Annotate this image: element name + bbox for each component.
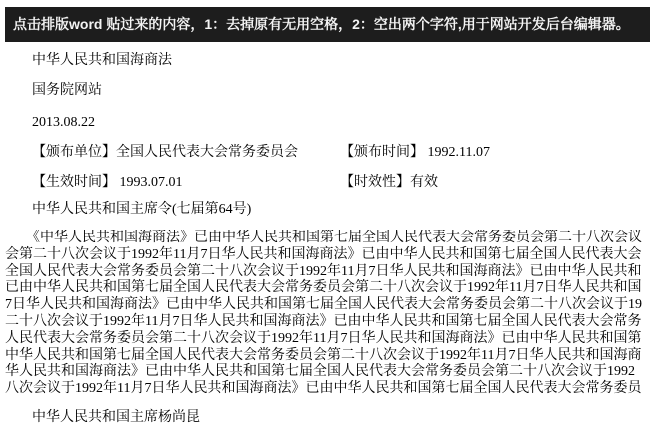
body-paragraph: 《中华人民共和国海商法》已由中华人民共和国第七届全国人民代表大会常务委员会第二十…	[5, 230, 650, 400]
body-line: 《中华人民共和国海商法》已由中华人民共和国第七届全国人民代表大会常务委员会第二十…	[5, 230, 650, 247]
promulgation-date-value: 1992.11.07	[424, 145, 490, 160]
effective-date-value: 1993.07.01	[116, 175, 183, 190]
effective-date-label: 【生效时间】	[32, 175, 116, 190]
meta-effective-date: 【生效时间】 1993.07.01	[32, 175, 183, 190]
decree-title: 中华人民共和国主席令(七届第64号)	[32, 202, 251, 217]
format-word-paste-button[interactable]: 点击排版word 贴过来的内容，1：去掉原有无用空格，2：空出两个字符,用于网站…	[5, 7, 650, 42]
body-line: 八次会议于1992年11月7日华人民共和国海商法》已由中华人民共和国第七届全国人…	[5, 381, 650, 398]
meta-validity-status: 【时效性】有效	[340, 175, 438, 190]
document-title: 中华人民共和国海商法	[32, 53, 172, 68]
document-source: 国务院网站	[32, 83, 102, 98]
body-line: 7日华人民共和国海商法》已由中华人民共和国第七届全国人民代表大会常务委员会第二十…	[5, 297, 650, 314]
meta-promulgation-date: 【颁布时间】 1992.11.07	[340, 145, 490, 160]
issuing-authority-label: 【颁布单位】	[32, 145, 116, 160]
body-line: 会第二十八次会议于1992年11月7日华人民共和国海商法》已由中华人民共和国第七…	[5, 247, 650, 264]
validity-status-label: 【时效性】	[340, 175, 410, 190]
body-line: 二十八次会议于1992年11月7日华人民共和国海商法》已由中华人民共和国第七届全…	[5, 314, 650, 331]
signature-line: 中华人民共和国主席杨尚昆	[32, 410, 200, 425]
body-line: 已由中华人民共和国第七届全国人民代表大会常务委员会第二十八次会议于1992年11…	[5, 280, 650, 297]
meta-issuing-authority: 【颁布单位】全国人民代表大会常务委员会	[32, 145, 298, 160]
document-page: 点击排版word 贴过来的内容，1：去掉原有无用空格，2：空出两个字符,用于网站…	[0, 0, 650, 436]
body-line: 全国人民代表大会常务委员会第二十八次会议于1992年11月7日华人民共和国海商法…	[5, 264, 650, 281]
body-line: 人民代表大会常务委员会第二十八次会议于1992年11月7日华人民共和国海商法》已…	[5, 331, 650, 348]
body-line: 中华人民共和国第七届全国人民代表大会常务委员会第二十八次会议于1992年11月7…	[5, 348, 650, 365]
body-line: 华人民共和国海商法》已由中华人民共和国第七届全国人民代表大会常务委员会第二十八次…	[5, 364, 650, 381]
validity-status-value: 有效	[410, 175, 438, 190]
issuing-authority-value: 全国人民代表大会常务委员会	[116, 145, 298, 160]
publish-date: 2013.08.22	[32, 115, 95, 130]
promulgation-date-label: 【颁布时间】	[340, 145, 424, 160]
